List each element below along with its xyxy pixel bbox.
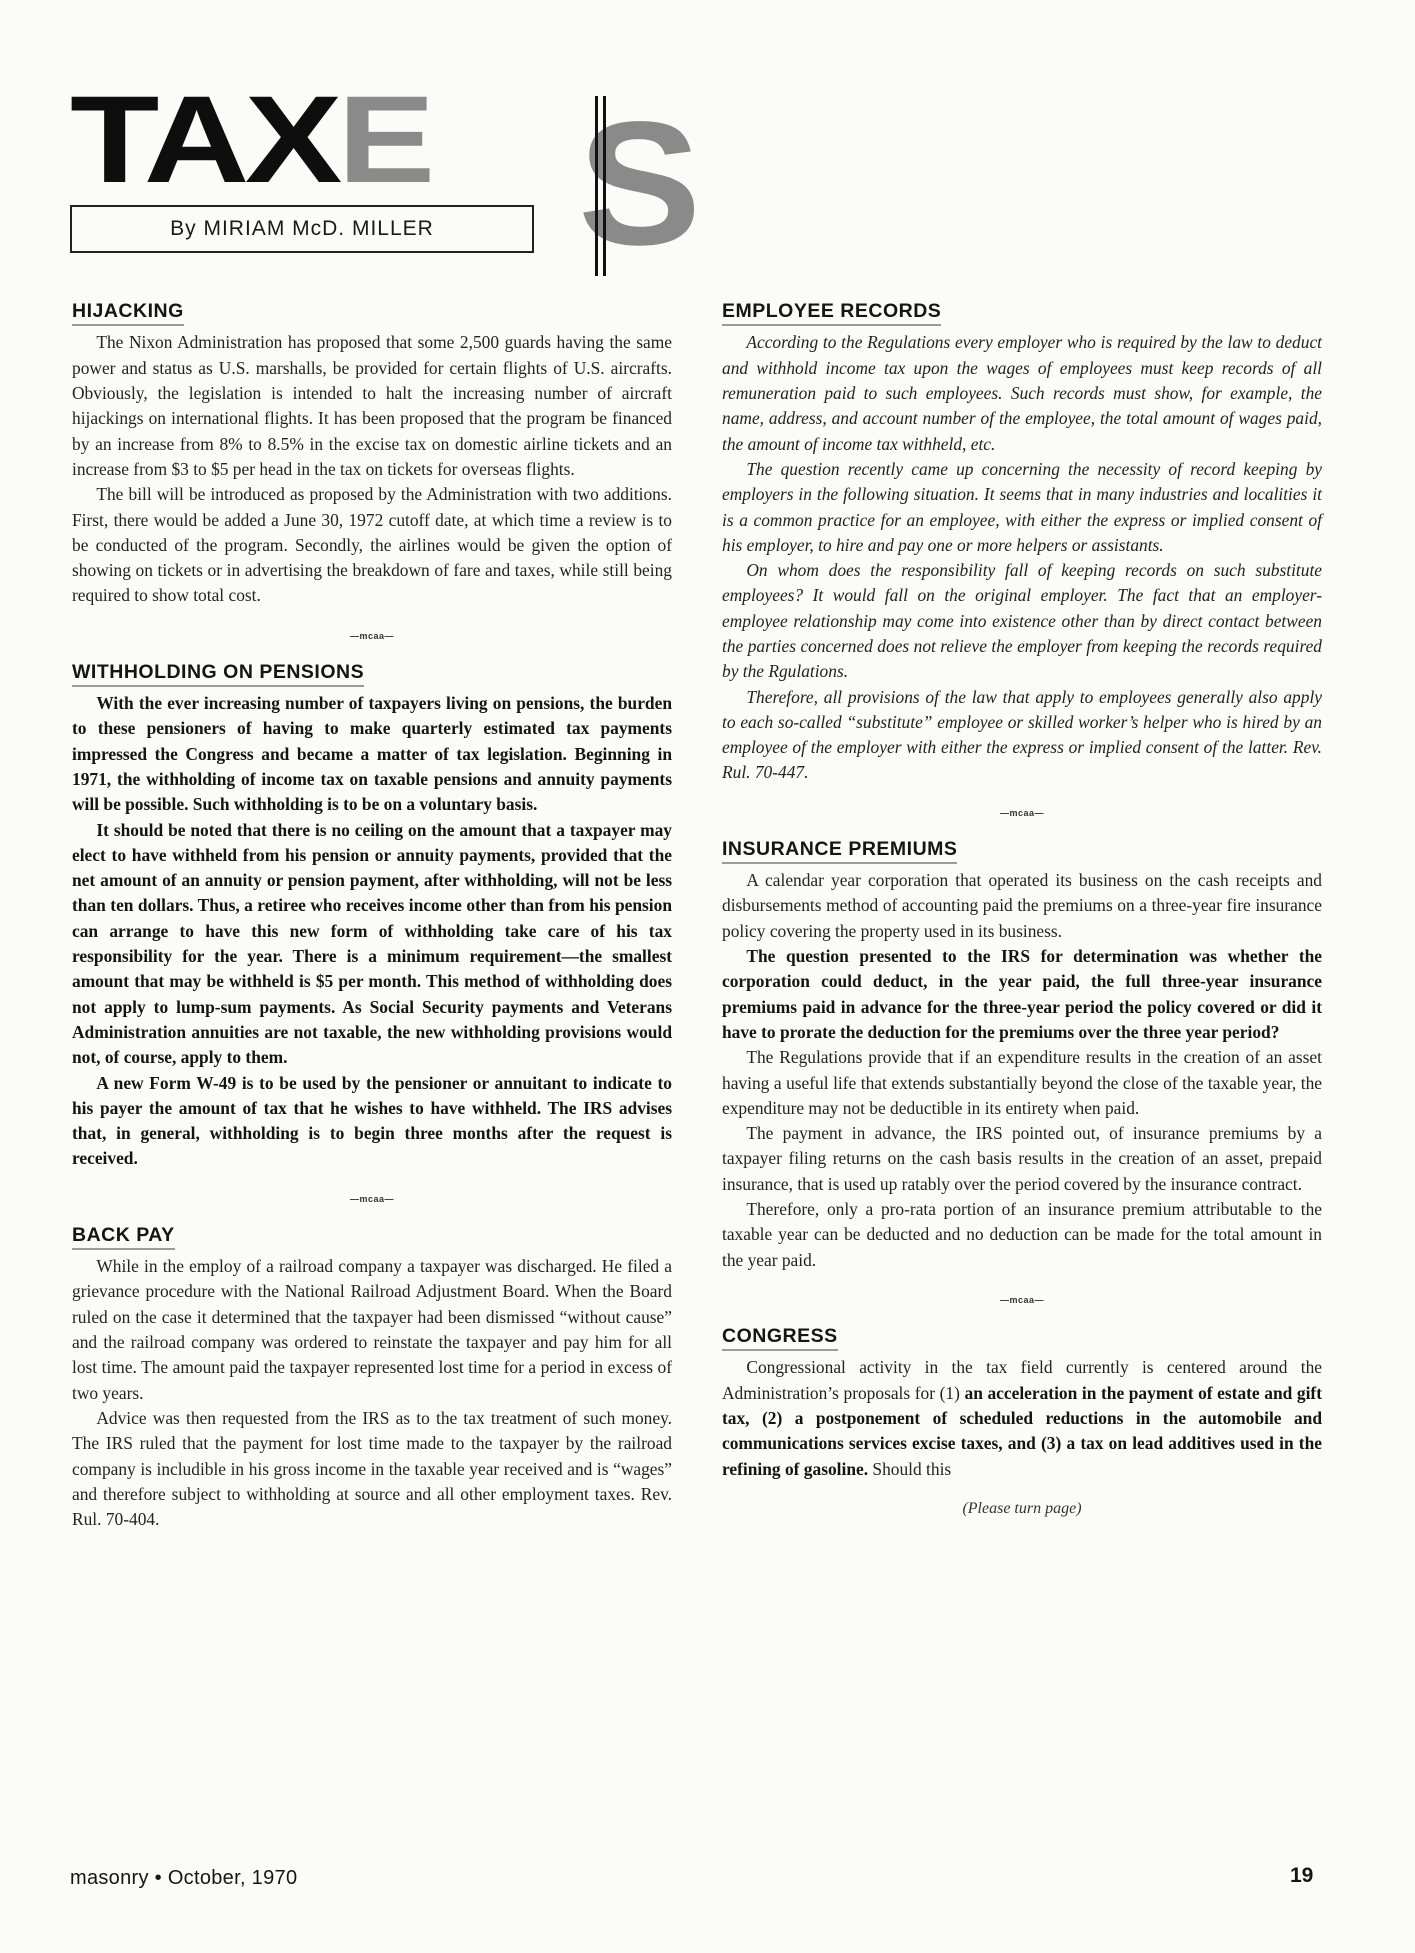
paragraph: With the ever increasing number of taxpa…	[72, 691, 672, 817]
title-grey-letter: E	[338, 71, 431, 209]
paragraph: The Regulations provide that if an expen…	[722, 1045, 1322, 1121]
article-section: WITHHOLDING ON PENSIONSWith the ever inc…	[72, 661, 672, 1172]
dollar-sign-bar	[595, 96, 598, 276]
paragraph: Therefore, only a pro-rata portion of an…	[722, 1197, 1322, 1273]
article-section: INSURANCE PREMIUMSA calendar year corpor…	[722, 838, 1322, 1273]
paragraph: The Nixon Administration has proposed th…	[72, 330, 672, 482]
bullet: •	[155, 1867, 162, 1889]
paragraph: The bill will be introduced as proposed …	[72, 482, 672, 608]
paragraph: The question recently came up concerning…	[722, 457, 1322, 558]
paragraph: A calendar year corporation that operate…	[722, 868, 1322, 944]
section-separator: —mcaa—	[72, 631, 672, 641]
title-dark-letters: TAX	[70, 71, 338, 209]
section-heading: BACK PAY	[72, 1224, 175, 1250]
section-heading: EMPLOYEE RECORDS	[722, 300, 941, 326]
section-heading: INSURANCE PREMIUMS	[722, 838, 957, 864]
section-separator: —mcaa—	[72, 1194, 672, 1204]
paragraph: According to the Regulations every emplo…	[722, 330, 1322, 456]
paragraph: Therefore, all provisions of the law tha…	[722, 685, 1322, 786]
dollar-sign-bar	[603, 96, 606, 276]
left-column: HIJACKINGThe Nixon Administration has pr…	[72, 300, 672, 1532]
right-column: EMPLOYEE RECORDSAccording to the Regulat…	[722, 300, 1322, 1518]
section-heading: CONGRESS	[722, 1325, 838, 1351]
section-heading: WITHHOLDING ON PENSIONS	[72, 661, 364, 687]
paragraph: Advice was then requested from the IRS a…	[72, 1406, 672, 1532]
paragraph: The payment in advance, the IRS pointed …	[722, 1121, 1322, 1197]
paragraph: The question presented to the IRS for de…	[722, 944, 1322, 1045]
paragraph: It should be noted that there is no ceil…	[72, 818, 672, 1071]
page-number: 19	[1290, 1864, 1313, 1888]
issue-date: October, 1970	[168, 1867, 298, 1889]
paragraph: Congressional activity in the tax field …	[722, 1355, 1322, 1481]
section-separator: —mcaa—	[722, 808, 1322, 818]
article-section: HIJACKINGThe Nixon Administration has pr…	[72, 300, 672, 609]
publication-name: masonry	[70, 1867, 149, 1889]
paragraph: A new Form W-49 is to be used by the pen…	[72, 1071, 672, 1172]
article-section: CONGRESSCongressional activity in the ta…	[722, 1325, 1322, 1482]
magazine-page: TAXE S By MIRIAM McD. MILLER HIJACKINGTh…	[0, 0, 1415, 1953]
paragraph: While in the employ of a railroad compan…	[72, 1254, 672, 1406]
article-section: BACK PAYWhile in the employ of a railroa…	[72, 1224, 672, 1533]
masthead: TAXE S By MIRIAM McD. MILLER	[70, 74, 670, 274]
masthead-title: TAXE	[70, 78, 431, 202]
section-heading: HIJACKING	[72, 300, 184, 326]
continued-note: (Please turn page)	[722, 1500, 1322, 1518]
footer-publication: masonry • October, 1970	[70, 1867, 297, 1890]
byline: By MIRIAM McD. MILLER	[70, 205, 534, 253]
article-section: EMPLOYEE RECORDSAccording to the Regulat…	[722, 300, 1322, 786]
section-separator: —mcaa—	[722, 1295, 1322, 1305]
paragraph: On whom does the responsibility fall of …	[722, 558, 1322, 684]
text-run: Should this	[868, 1459, 951, 1479]
